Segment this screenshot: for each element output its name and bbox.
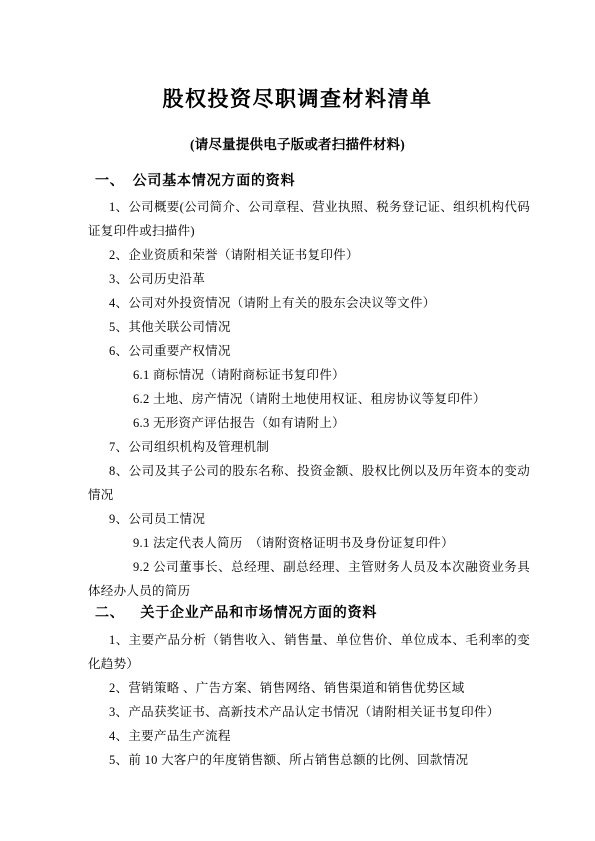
list-item: 5、其他关联公司情况 — [88, 315, 530, 339]
list-item: 2、营销策略 、广告方案、销售网络、销售渠道和销售优势区域 — [88, 676, 530, 700]
document-page: 股权投资尽职调查材料清单 (请尽量提供电子版或者扫描件材料) 一、公司基本情况方… — [0, 0, 595, 841]
list-item: 6.3 无形资产评估报告（如有请附上） — [88, 411, 530, 435]
list-item: 6、公司重要产权情况 — [88, 339, 530, 363]
document-subtitle: (请尽量提供电子版或者扫描件材料) — [0, 135, 595, 155]
section-title: 关于企业产品和市场情况方面的资料 — [140, 606, 377, 621]
list-item: 6.2 土地、房产情况（请附土地使用权证、租房协议等复印件） — [88, 387, 530, 411]
list-item: 4、主要产品生产流程 — [88, 724, 530, 748]
list-item: 8、公司及其子公司的股东名称、投资金额、股权比例以及历年资本的变动情况 — [88, 459, 530, 507]
section-number: 二、 — [95, 606, 132, 621]
list-item: 4、公司对外投资情况（请附上有关的股东会决议等文件） — [88, 291, 530, 315]
list-item: 1、主要产品分析（销售收入、销售量、单位售价、单位成本、毛利率的变化趋势） — [88, 628, 530, 676]
section-number: 一、 — [95, 174, 125, 189]
section-heading: 二、 关于企业产品和市场情况方面的资料 — [88, 603, 530, 624]
list-item: 3、公司历史沿革 — [88, 267, 530, 291]
list-item: 3、产品获奖证书、高新技术产品认定书情况（请附相关证书复印件） — [88, 700, 530, 724]
section-heading: 一、公司基本情况方面的资料 — [88, 171, 530, 192]
list-item: 2、企业资质和荣誉（请附相关证书复印件） — [88, 243, 530, 267]
list-item: 9、公司员工情况 — [88, 507, 530, 531]
document-body: 一、公司基本情况方面的资料1、公司概要(公司简介、公司章程、营业执照、税务登记证… — [88, 171, 530, 772]
list-item: 7、公司组织机构及管理机制 — [88, 435, 530, 459]
list-item: 9.1 法定代表人简历 （请附资格证明书及身份证复印件） — [88, 531, 530, 555]
document-title: 股权投资尽职调查材料清单 — [0, 84, 595, 114]
list-item: 1、公司概要(公司简介、公司章程、营业执照、税务登记证、组织机构代码证复印件或扫… — [88, 195, 530, 243]
section-title: 公司基本情况方面的资料 — [133, 174, 296, 189]
list-item: 5、前 10 大客户的年度销售额、所占销售总额的比例、回款情况 — [88, 748, 530, 772]
list-item: 6.1 商标情况（请附商标证书复印件） — [88, 363, 530, 387]
list-item: 9.2 公司董事长、总经理、副总经理、主管财务人员及本次融资业务具体经办人员的简… — [88, 555, 530, 603]
